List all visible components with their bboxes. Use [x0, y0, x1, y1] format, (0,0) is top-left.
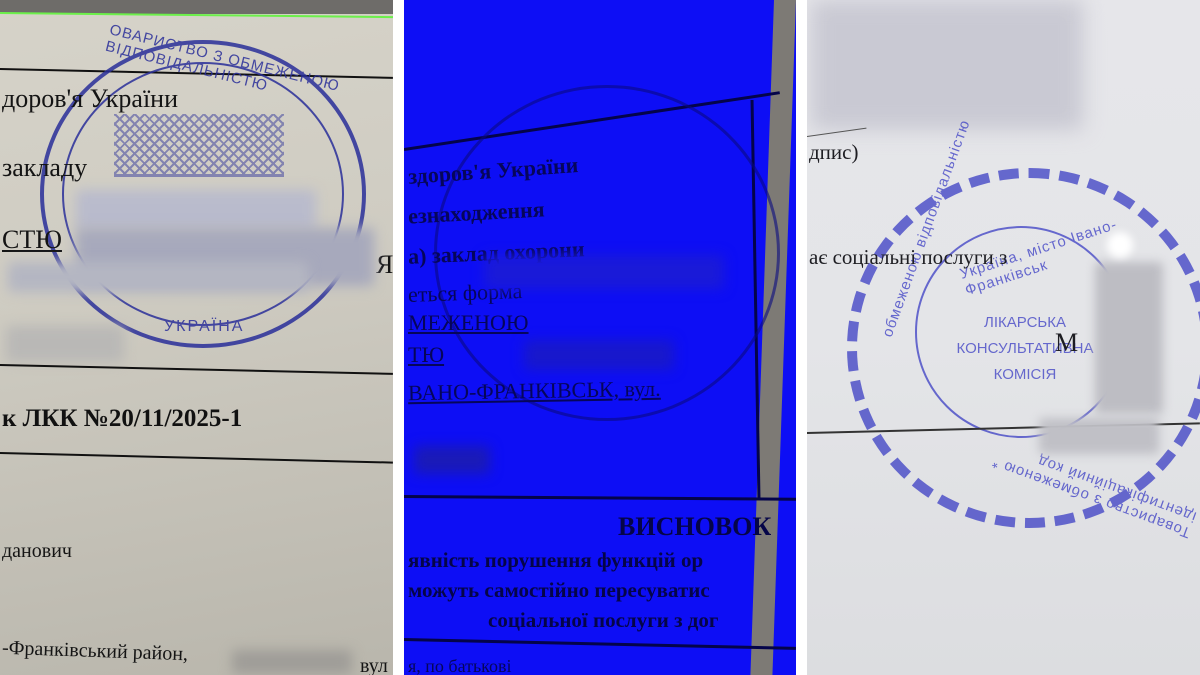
- redacted-field: [76, 190, 316, 230]
- doc-line: М: [1055, 328, 1078, 358]
- doc-line: данович: [2, 540, 72, 563]
- doc-line: дпис): [809, 140, 858, 165]
- redacted-field: [232, 650, 352, 674]
- light-glare: [1107, 232, 1133, 258]
- redacted-signature: [811, 0, 1083, 130]
- conclusion-title: ВИСНОВОК: [618, 512, 771, 542]
- doc-line: доров'я України: [2, 84, 178, 114]
- certificate-number: к ЛКК №20/11/2025-1: [2, 405, 242, 433]
- conclusion-text: можуть самостійно пересуватис: [408, 578, 710, 603]
- doc-line: СТЮ: [2, 225, 62, 255]
- doc-line: я, по батькові: [408, 656, 512, 675]
- panel-commission-stamp-photo: дпис) Україна, місто Івано-Франківськ об…: [807, 0, 1200, 675]
- table-rule: [0, 452, 393, 464]
- panel-certificate-photo: ОВАРИСТВО З ОБМЕЖЕНОЮ ВІДПОВІДАЛЬНІСТЮ У…: [0, 0, 393, 675]
- panel-blue-filtered-photo: здоров'я України езнаходження а) заклад …: [404, 0, 796, 675]
- table-rule: [404, 495, 796, 501]
- doc-line: Я: [376, 250, 393, 280]
- redacted-field: [8, 262, 308, 292]
- stamp-bottom-text: УКРАЇНА: [164, 318, 244, 336]
- conclusion-text: явність порушення функцій ор: [408, 548, 703, 573]
- redacted-field: [6, 326, 124, 362]
- doc-line: ає соціальні послуги з: [809, 245, 1007, 270]
- redacted-field: [1095, 262, 1163, 414]
- doc-line: вул: [360, 655, 388, 675]
- doc-line: закладу: [2, 153, 87, 183]
- redacted-field: [524, 340, 674, 370]
- doc-line: -Франківський район,: [2, 637, 189, 666]
- table-rule: [0, 364, 393, 375]
- doc-line: МЕЖЕНОЮ: [408, 310, 529, 336]
- doc-line: ВАНО-ФРАНКІВСЬК, вул.: [408, 376, 661, 406]
- stamp-ornament: [114, 114, 284, 177]
- redacted-field: [484, 255, 724, 289]
- redacted-field: [414, 446, 490, 474]
- redacted-field: [1039, 418, 1159, 454]
- table-rule: [404, 638, 796, 650]
- doc-line: ТЮ: [408, 342, 444, 368]
- conclusion-text: соціальної послуги з дог: [488, 608, 718, 633]
